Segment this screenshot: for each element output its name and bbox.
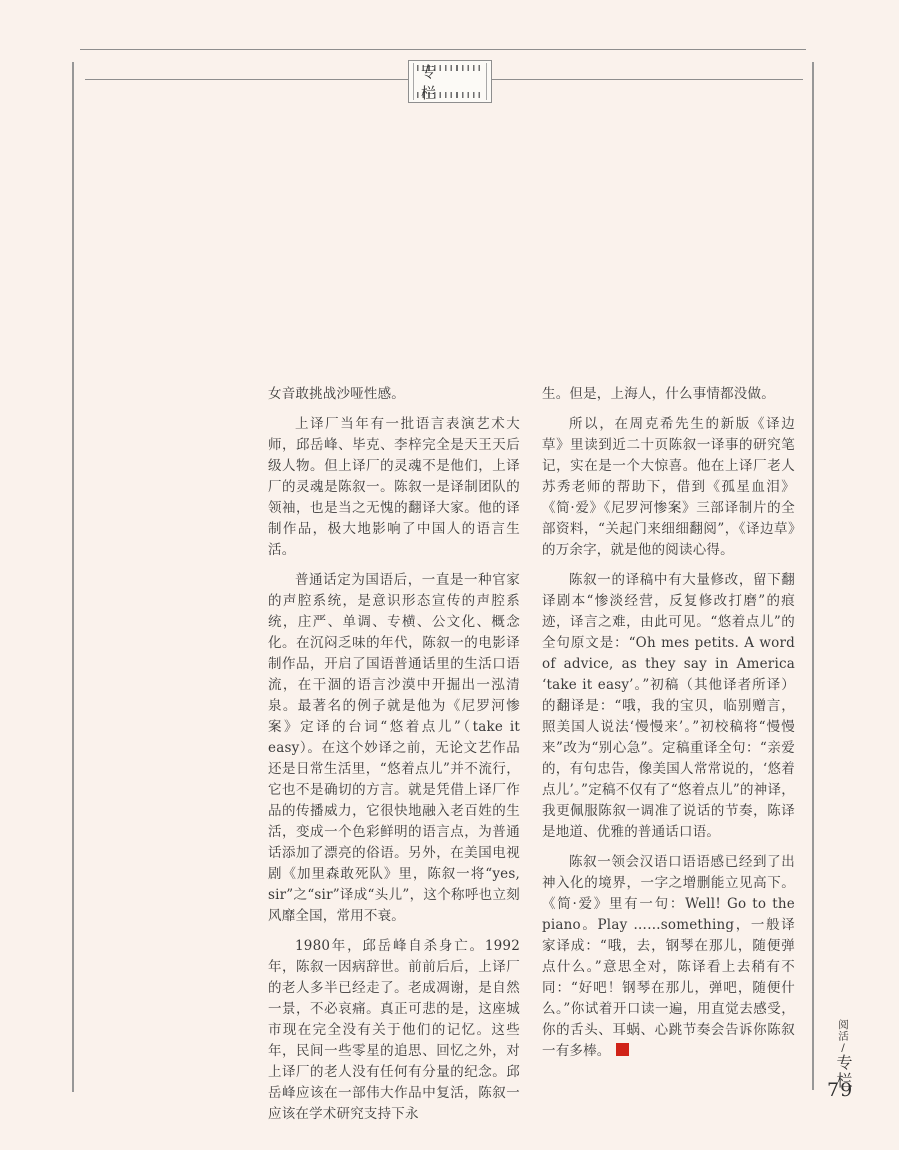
article-end-marker: [616, 1043, 629, 1056]
article-paragraph: 普通话定为国语后，一直是一种官家的声腔系统，是意识形态宣传的声腔系统，庄严、单调…: [268, 570, 520, 927]
article-paragraph: 陈叙一领会汉语口语语感已经到了出神入化的境界，一字之增删能立见高下。《简·爱》里…: [542, 852, 795, 1062]
rail-separator: /: [837, 1042, 849, 1054]
article-paragraph: 陈叙一的译稿中有大量修改，留下翻译剧本“惨淡经营，反复修改打磨”的痕迹，译言之难…: [542, 570, 795, 843]
rail-section-small: 阅活: [837, 1019, 849, 1042]
section-badge-label: 专 栏: [409, 61, 491, 102]
article-paragraph: 所以，在周克希先生的新版《译边草》里读到近二十页陈叙一译事的研究笔记，实在是一个…: [542, 414, 795, 561]
left-column: 女音敢挑战沙哑性感。 上译厂当年有一批语言表演艺术大师，邱岳峰、毕克、李梓完全是…: [268, 384, 520, 1125]
top-rule: [80, 49, 806, 50]
right-column: 生。但是，上海人，什么事情都没做。 所以，在周克希先生的新版《译边草》里读到近二…: [542, 384, 795, 1125]
article-body: 女音敢挑战沙哑性感。 上译厂当年有一批语言表演艺术大师，邱岳峰、毕克、李梓完全是…: [268, 384, 795, 1125]
article-paragraph: 生。但是，上海人，什么事情都没做。: [542, 384, 795, 405]
left-margin-rule: [72, 62, 74, 1092]
magazine-page: 专 栏 女音敢挑战沙哑性感。 上译厂当年有一批语言表演艺术大师，邱岳峰、毕克、李…: [0, 0, 899, 1150]
page-number: 79: [827, 1079, 853, 1101]
paragraph-text: 陈叙一领会汉语口语语感已经到了出神入化的境界，一字之增删能立见高下。《简·爱》里…: [542, 854, 795, 1059]
article-paragraph: 女音敢挑战沙哑性感。: [268, 384, 520, 405]
article-paragraph: 上译厂当年有一批语言表演艺术大师，邱岳峰、毕克、李梓完全是天王天后级人物。但上译…: [268, 414, 520, 561]
right-margin-rule: [812, 62, 814, 1090]
article-paragraph: 1980年，邱岳峰自杀身亡。1992年，陈叙一因病辞世。前前后后，上译厂的老人多…: [268, 936, 520, 1125]
section-badge: 专 栏: [408, 60, 492, 103]
